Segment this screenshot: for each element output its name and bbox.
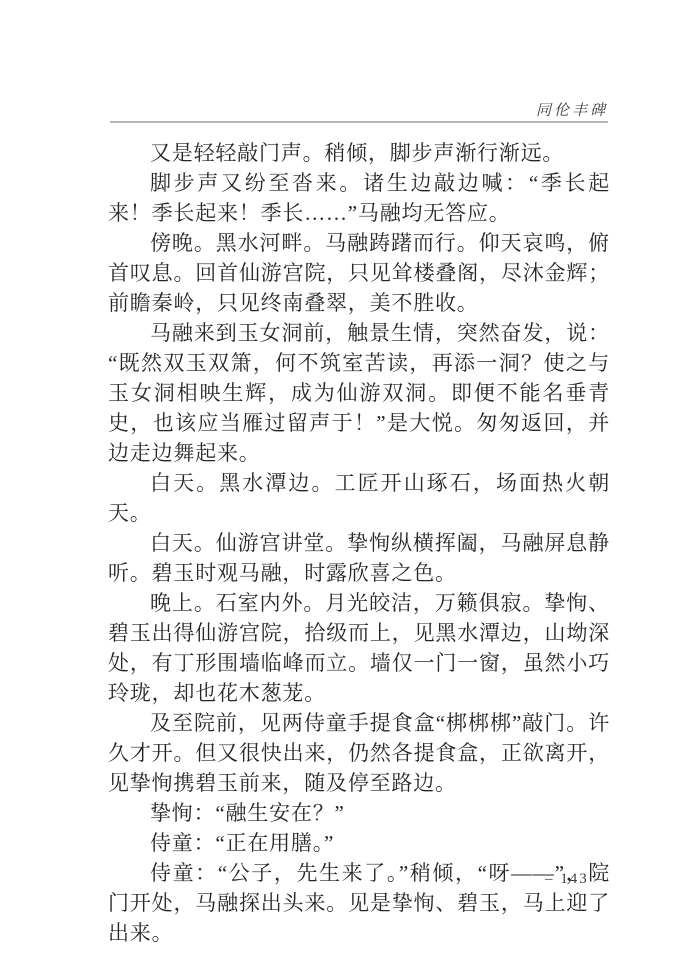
paragraph: 马融来到玉女洞前，触景生情，突然奋发，说：“既然双玉双箫，何不筑室苦读，再添一洞… [108,318,610,468]
dialog-line: 挚恂：“融生安在？” [108,798,610,828]
paragraph: 白天。黑水潭边。工匠开山琢石，场面热火朝天。 [108,468,610,528]
page-number: – 143 – [545,871,604,888]
dialog-line: 侍童：“正在用膳。” [108,828,610,858]
header-rule [110,121,608,123]
paragraph: 晚上。石室内外。月光皎洁，万籁俱寂。挚恂、碧玉出得仙游宫院，拾级而上，见黑水潭边… [108,588,610,708]
paragraph: 又是轻轻敲门声。稍倾，脚步声渐行渐远。 [108,138,610,168]
book-page: 同伦丰碑 又是轻轻敲门声。稍倾，脚步声渐行渐远。 脚步声又纷至沓来。诸生边敲边喊… [0,0,692,968]
running-title: 同伦丰碑 [536,99,608,120]
paragraph: 及至院前，见两侍童手提食盒“梆梆梆”敲门。许久才开。但又很快出来，仍然各提食盒，… [108,708,610,798]
paragraph: 脚步声又纷至沓来。诸生边敲边喊：“季长起来！季长起来！季长……”马融均无答应。 [108,168,610,228]
page-body: 又是轻轻敲门声。稍倾，脚步声渐行渐远。 脚步声又纷至沓来。诸生边敲边喊：“季长起… [108,138,610,948]
paragraph: 傍晚。黑水河畔。马融踌躇而行。仰天哀鸣，俯首叹息。回首仙游宫院，只见耸楼叠阁，尽… [108,228,610,318]
paragraph: 侍童：“公子，先生来了。”稍倾，“呀——”，院门开处，马融探出头来。见是挚恂、碧… [108,858,610,948]
paragraph: 白天。仙游宫讲堂。挚恂纵横挥阖，马融屏息静听。碧玉时观马融，时露欣喜之色。 [108,528,610,588]
